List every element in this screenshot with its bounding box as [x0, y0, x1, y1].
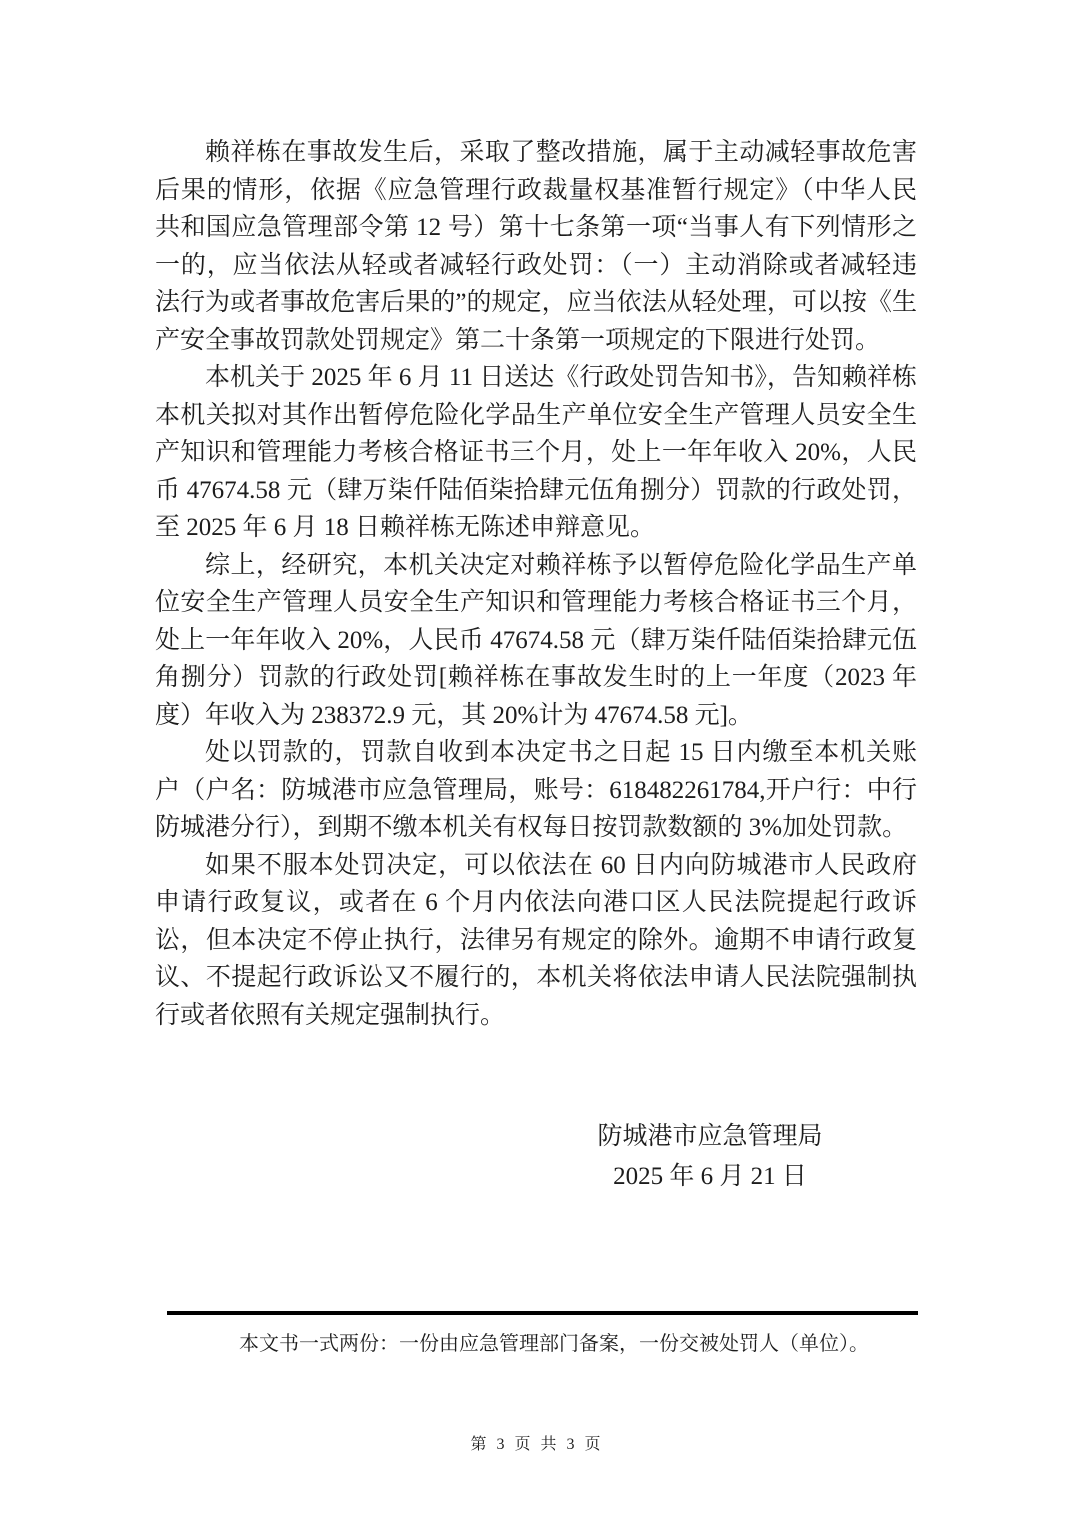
issue-date: 2025 年 6 月 21 日 — [560, 1157, 860, 1197]
paragraph-mitigation-basis: 赖祥栋在事故发生后，采取了整改措施，属于主动减轻事故危害后果的情形，依据《应急管… — [155, 134, 917, 359]
footnote-divider-rule — [167, 1311, 918, 1315]
paragraph-appeal-rights: 如果不服本处罚决定，可以依法在 60 日内向防城港市人民政府申请行政复议，或者在… — [155, 847, 917, 1035]
document-page: 赖祥栋在事故发生后，采取了整改措施，属于主动减轻事故危害后果的情形，依据《应急管… — [0, 0, 1074, 1520]
paragraph-payment-instructions: 处以罚款的，罚款自收到本决定书之日起 15 日内缴至本机关账户（户名：防城港市应… — [155, 734, 917, 847]
paragraph-penalty-decision: 综上，经研究，本机关决定对赖祥栋予以暂停危险化学品生产单位安全生产管理人员安全生… — [155, 547, 917, 735]
footnote-distribution-note: 本文书一式两份：一份由应急管理部门备案，一份交被处罚人（单位）。 — [239, 1331, 919, 1357]
issuing-authority-name: 防城港市应急管理局 — [560, 1117, 860, 1157]
signature-block: 防城港市应急管理局 2025 年 6 月 21 日 — [560, 1117, 860, 1197]
document-body: 赖祥栋在事故发生后，采取了整改措施，属于主动减轻事故危害后果的情形，依据《应急管… — [155, 134, 917, 1034]
page-number: 第 3 页 共 3 页 — [0, 1431, 1074, 1454]
paragraph-prior-notification: 本机关于 2025 年 6 月 11 日送达《行政处罚告知书》，告知赖祥栋本机关… — [155, 359, 917, 547]
